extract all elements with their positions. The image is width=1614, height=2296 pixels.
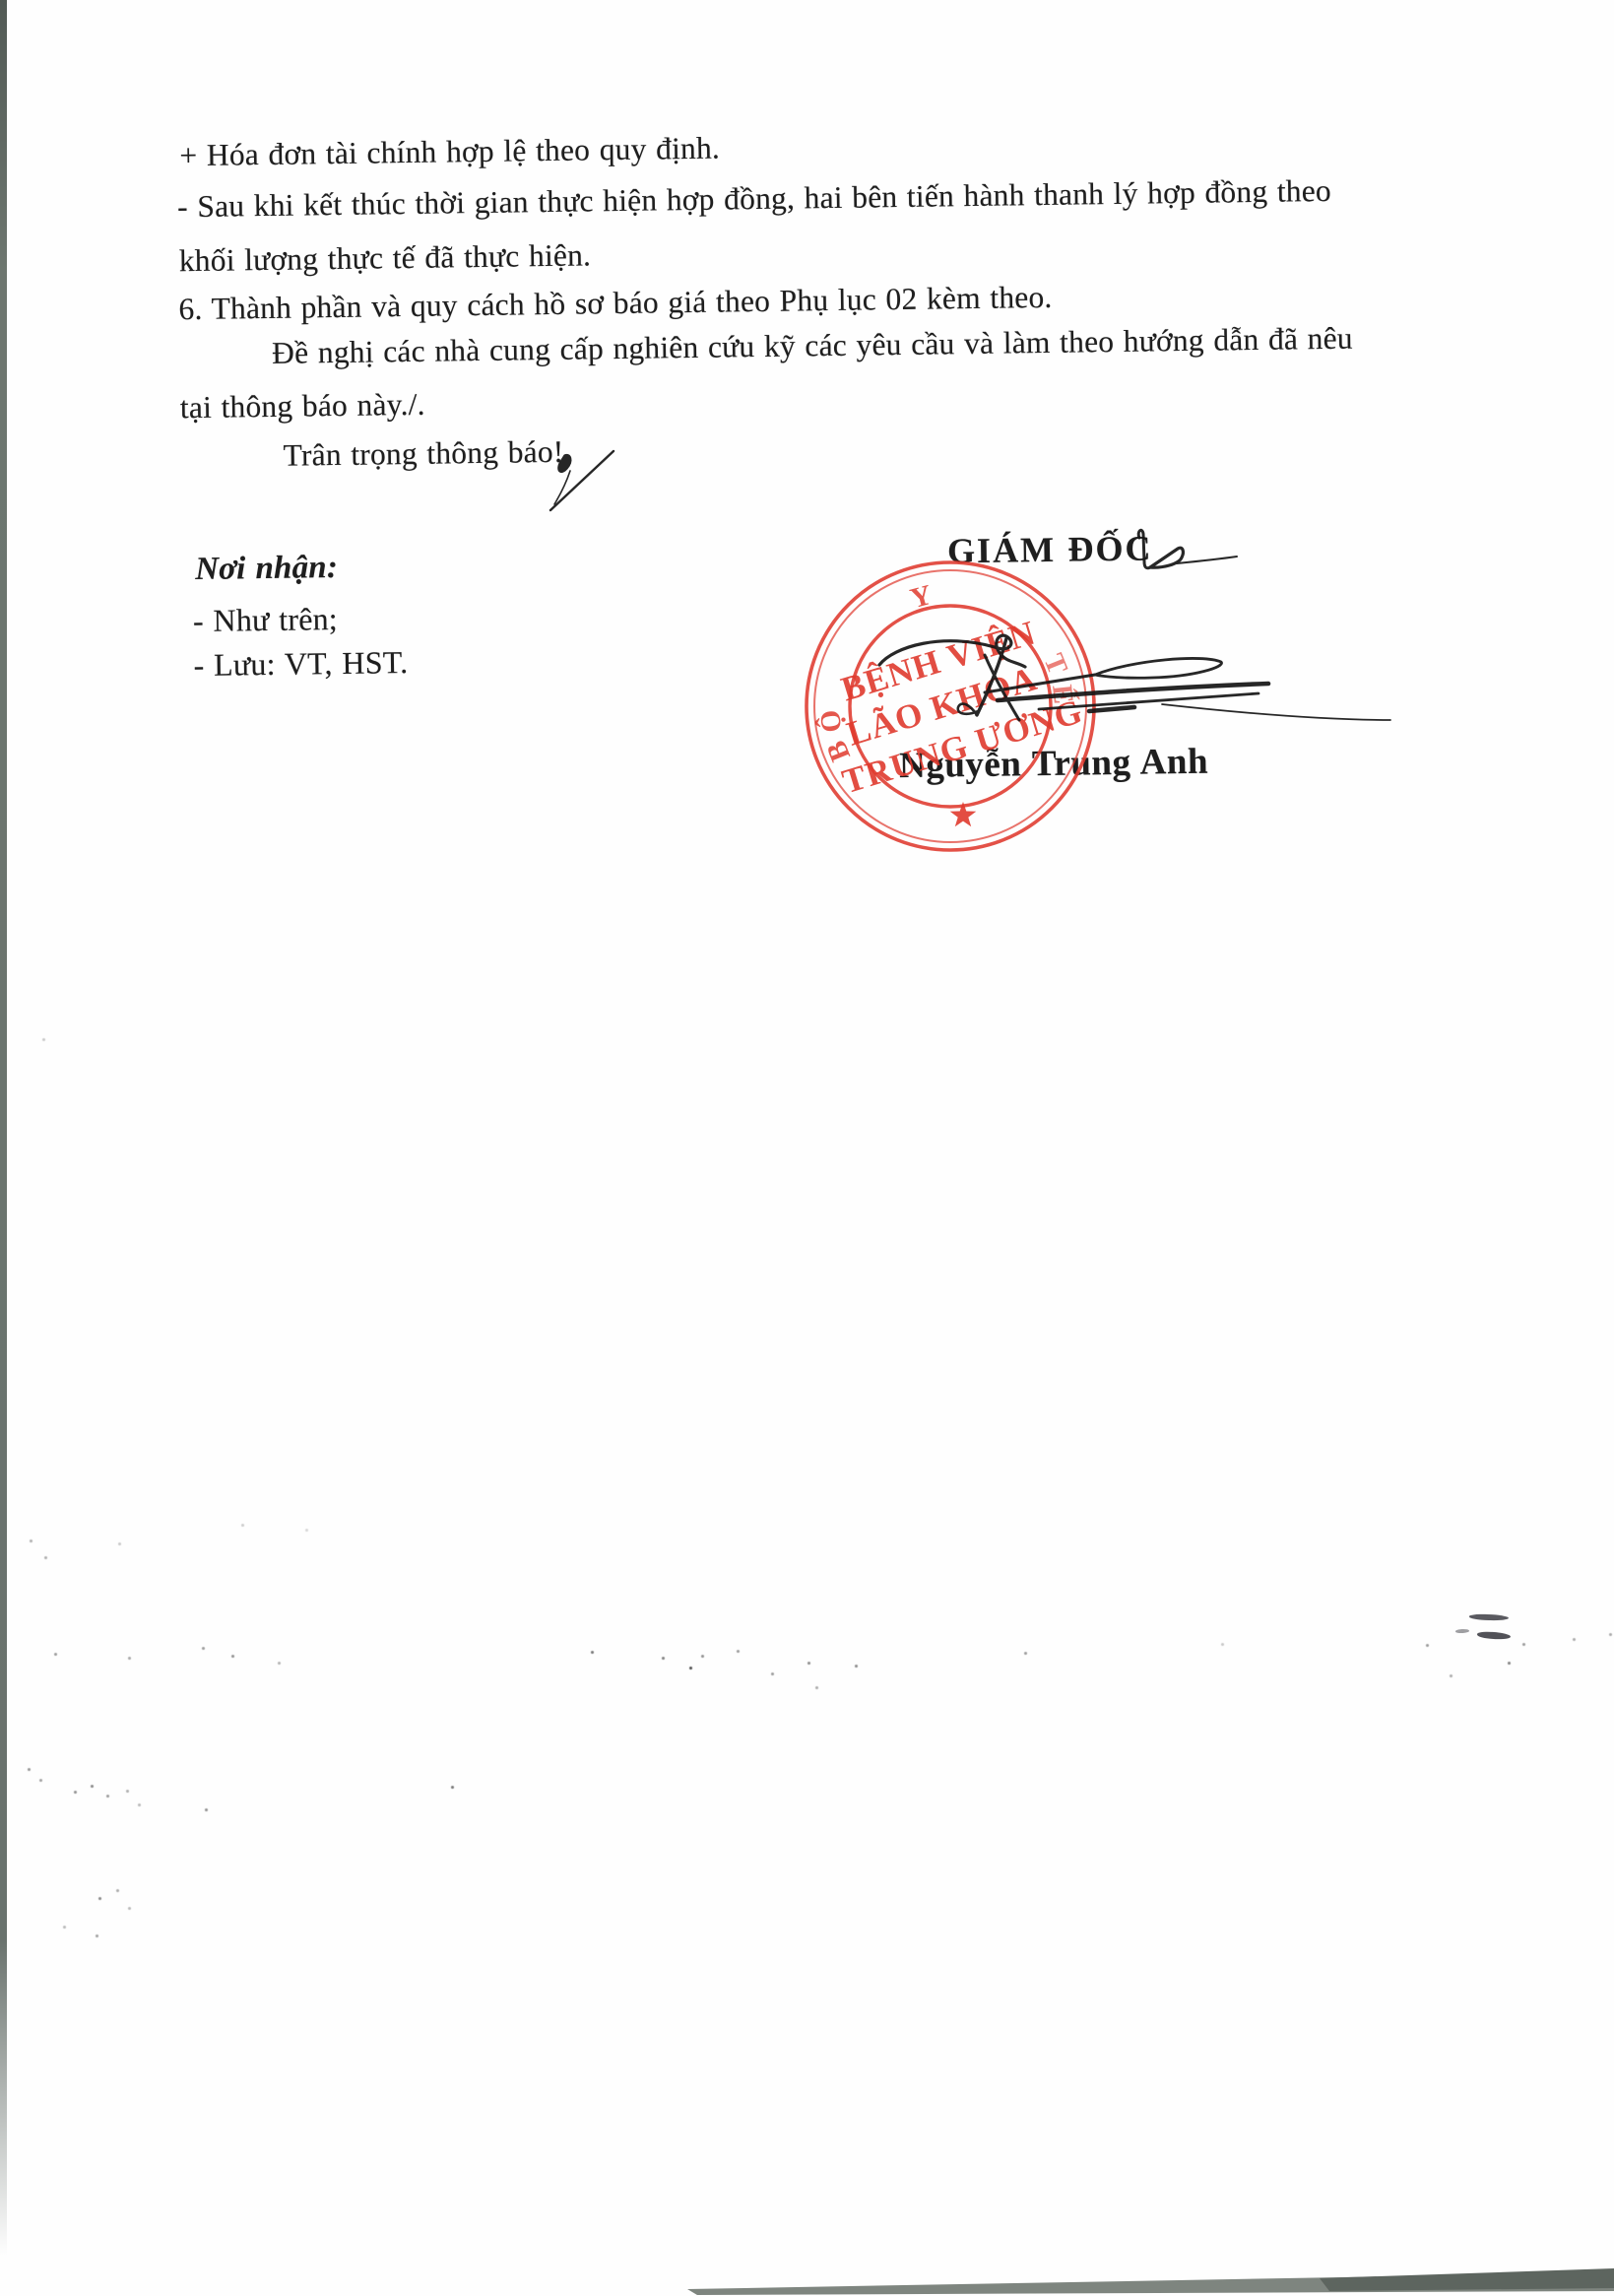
body-line: khối lượng thực tế đã thực hiện. xyxy=(179,237,592,279)
pen-paraph-title xyxy=(1123,522,1260,591)
recipient-item: - Như trên; xyxy=(193,601,338,639)
body-line: 6. Thành phần và quy cách hồ sơ báo giá … xyxy=(178,280,1052,327)
body-line: Đề nghị các nhà cung cấp nghiên cứu kỹ c… xyxy=(272,321,1353,371)
body-line: + Hóa đơn tài chính hợp lệ theo quy định… xyxy=(179,131,720,174)
body-line: tại thông báo này./. xyxy=(180,387,425,426)
paraph-stroke xyxy=(550,451,613,510)
signature-stroke xyxy=(998,684,1268,700)
closing-line: Trân trọng thông báo! xyxy=(283,434,563,474)
signature-stroke xyxy=(985,675,1095,692)
signature-stroke xyxy=(977,638,1006,715)
paraph-stroke xyxy=(1177,557,1237,563)
recipient-item: - Lưu: VT, HST. xyxy=(193,644,408,684)
document-text-layer: + Hóa đơn tài chính hợp lệ theo quy định… xyxy=(0,0,1614,2296)
scanned-document-page: + Hóa đơn tài chính hợp lệ theo quy định… xyxy=(0,0,1614,2296)
signature-stroke xyxy=(1162,704,1390,720)
body-line: - Sau khi kết thúc thời gian thực hiện h… xyxy=(177,173,1331,225)
paraph-stroke xyxy=(1138,530,1150,567)
paraph-stroke xyxy=(558,454,571,472)
recipients-heading: Nơi nhận: xyxy=(195,550,338,588)
paraph-stroke xyxy=(1150,548,1183,567)
signature-stroke xyxy=(958,704,978,715)
signature-stroke xyxy=(1095,658,1222,678)
pen-paraph-closing xyxy=(537,441,630,525)
signature-stroke xyxy=(1089,707,1134,711)
